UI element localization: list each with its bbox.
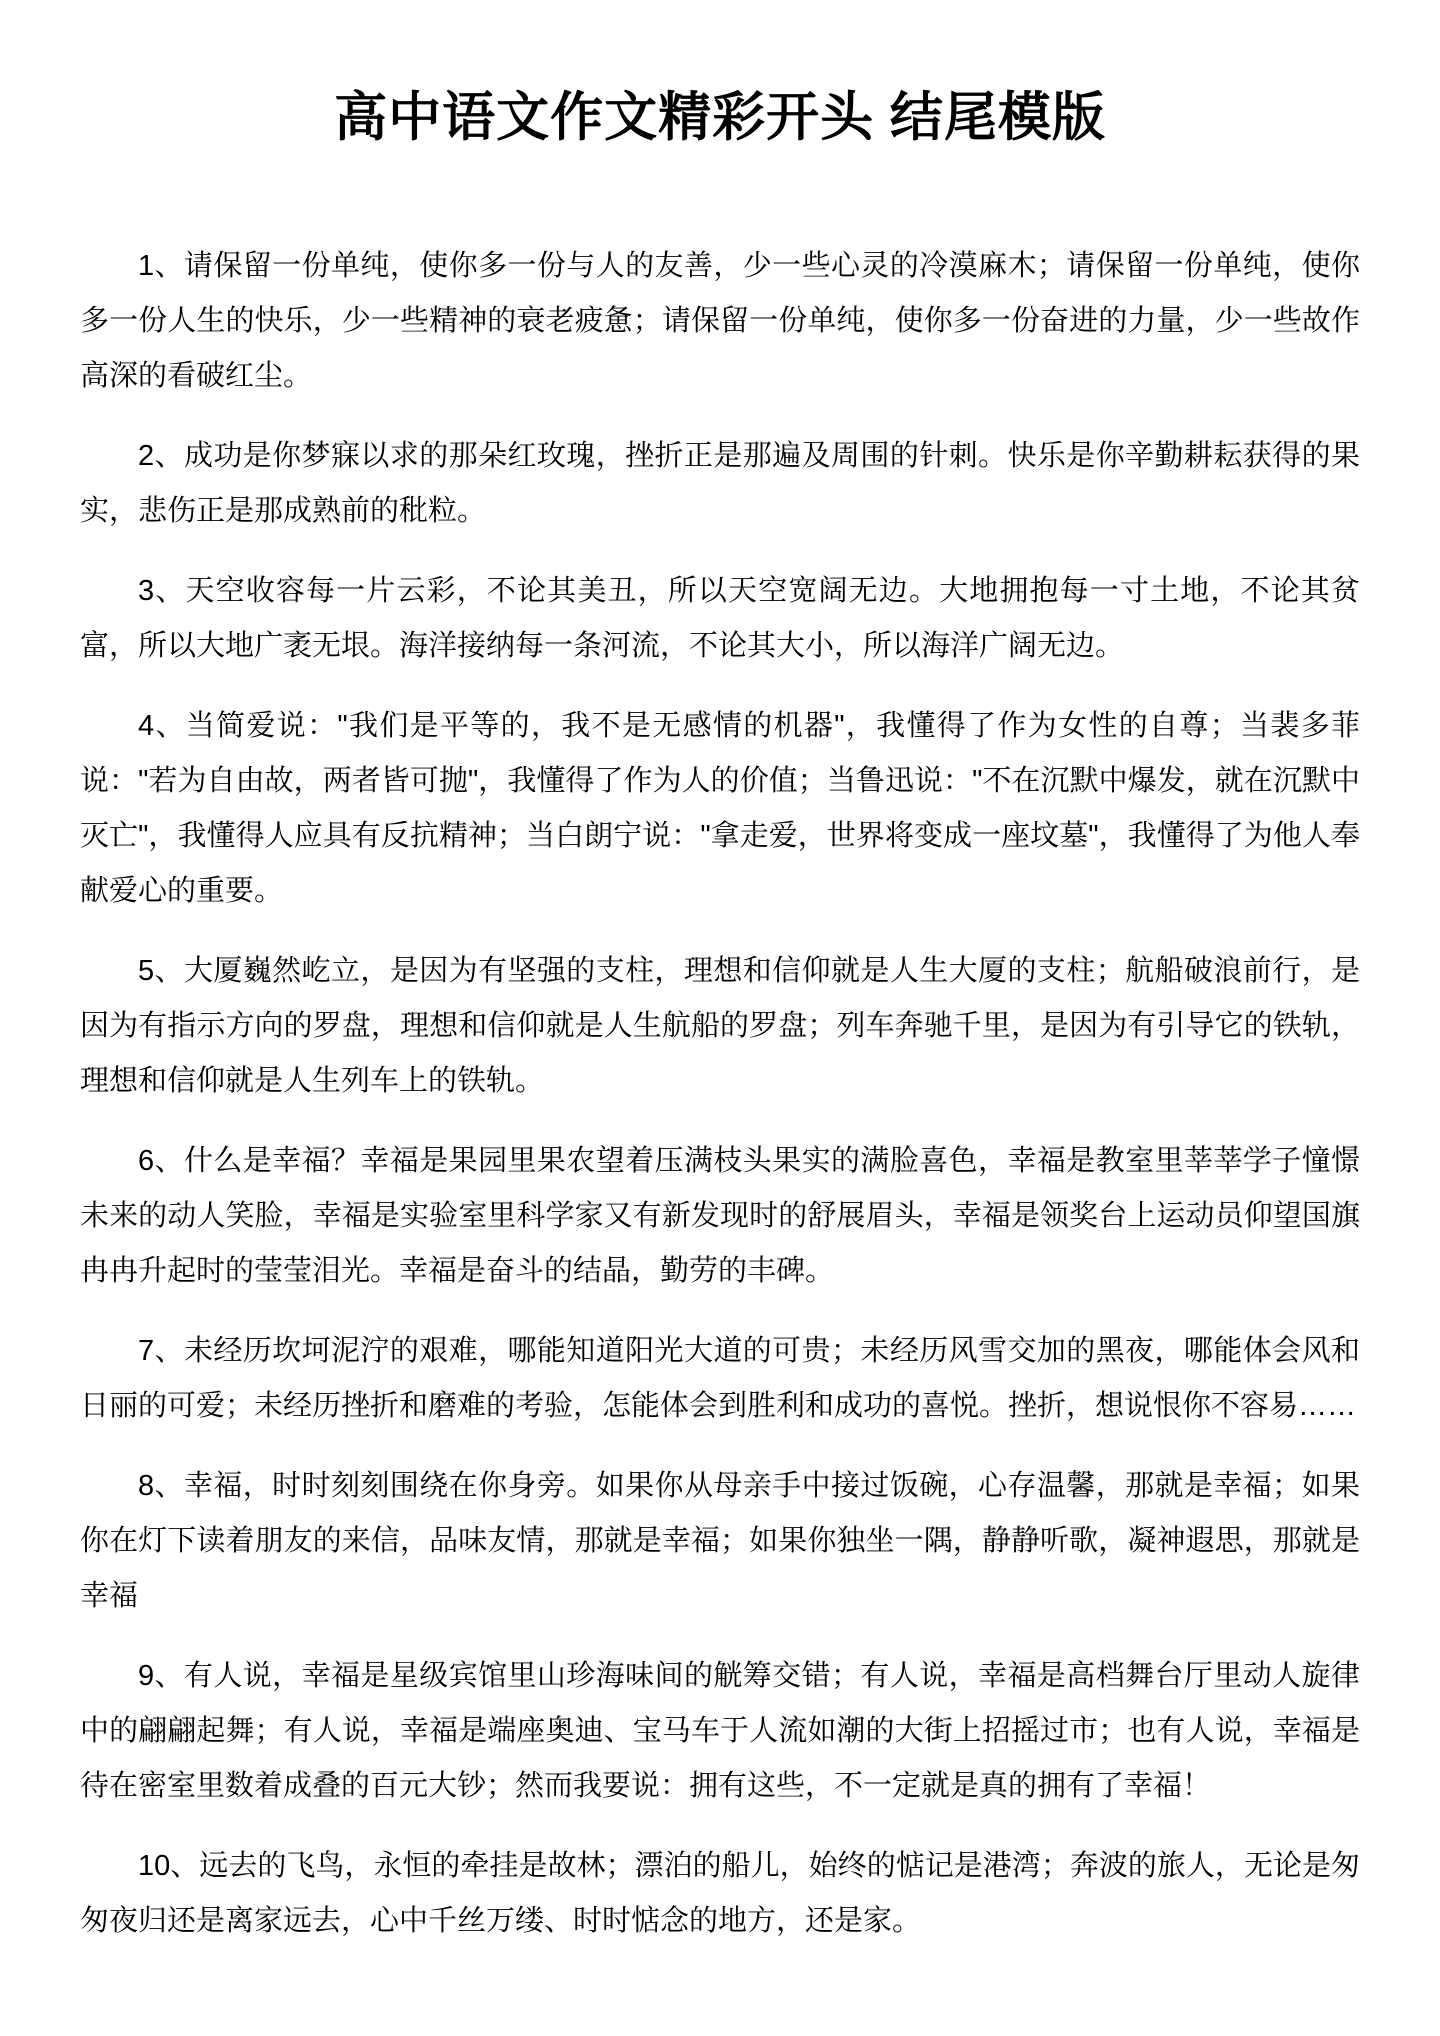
paragraph-3: 3、天空收容每一片云彩，不论其美丑，所以天空宽阔无边。大地拥抱每一寸土地，不论其… xyxy=(80,564,1360,674)
paragraph-8: 8、幸福，时时刻刻围绕在你身旁。如果你从母亲手中接过饭碗，心存温馨，那就是幸福；… xyxy=(80,1459,1360,1624)
document-title: 高中语文作文精彩开头 结尾模版 xyxy=(80,88,1360,149)
paragraph-5: 5、大厦巍然屹立，是因为有坚强的支柱，理想和信仰就是人生大厦的支柱；航船破浪前行… xyxy=(80,944,1360,1109)
paragraph-9: 9、有人说，幸福是星级宾馆里山珍海味间的觥筹交错；有人说，幸福是高档舞台厅里动人… xyxy=(80,1649,1360,1814)
document-page: 高中语文作文精彩开头 结尾模版 1、请保留一份单纯，使你多一份与人的友善，少一些… xyxy=(0,0,1440,2036)
paragraph-6: 6、什么是幸福？幸福是果园里果农望着压满枝头果实的满脸喜色，幸福是教室里莘莘学子… xyxy=(80,1134,1360,1299)
paragraph-1: 1、请保留一份单纯，使你多一份与人的友善，少一些心灵的冷漠麻木；请保留一份单纯，… xyxy=(80,239,1360,404)
paragraph-10: 10、远去的飞鸟，永恒的牵挂是故林；漂泊的船儿，始终的惦记是港湾；奔波的旅人，无… xyxy=(80,1839,1360,1949)
paragraph-2: 2、成功是你梦寐以求的那朵红玫瑰，挫折正是那遍及周围的针刺。快乐是你辛勤耕耘获得… xyxy=(80,429,1360,539)
paragraph-7: 7、未经历坎坷泥泞的艰难，哪能知道阳光大道的可贵；未经历风雪交加的黑夜，哪能体会… xyxy=(80,1324,1360,1434)
paragraph-4: 4、当简爱说："我们是平等的，我不是无感情的机器"，我懂得了作为女性的自尊；当裴… xyxy=(80,699,1360,919)
